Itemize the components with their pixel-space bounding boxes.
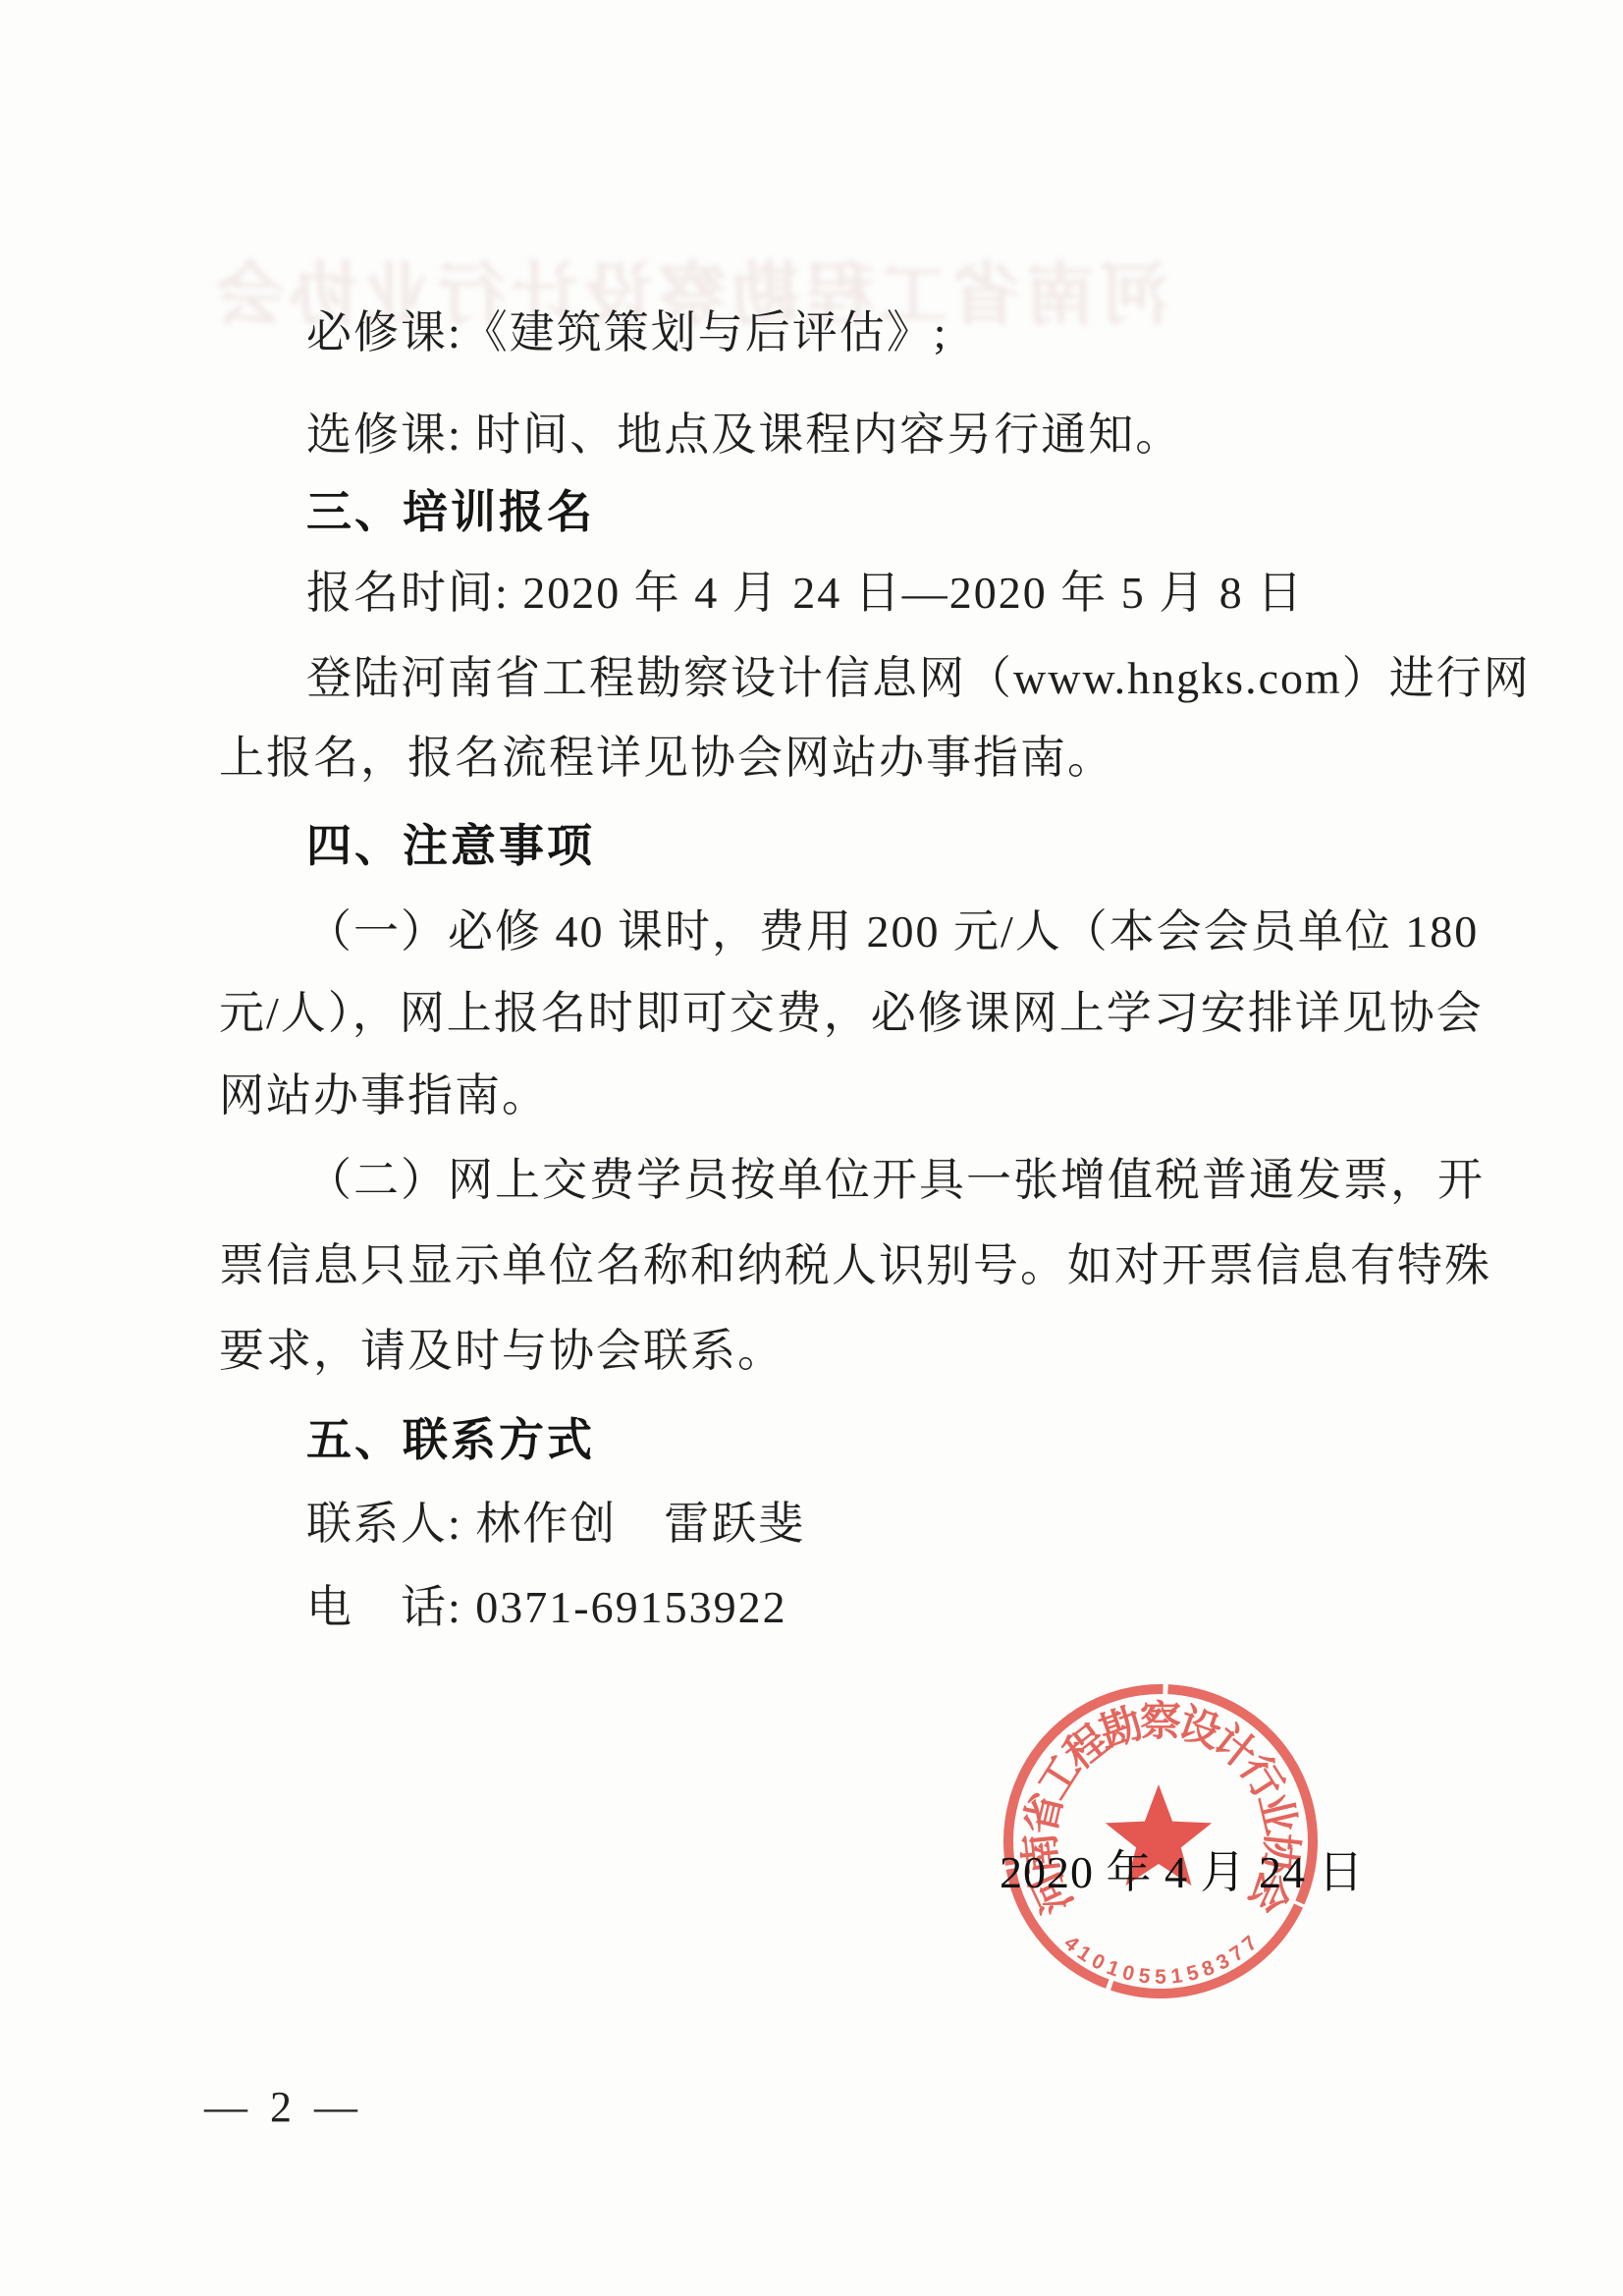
section-heading: 三、培训报名 <box>219 486 1404 538</box>
document-line: 票信息只显示单位名称和纳税人识别号。如对开票信息有特殊 <box>219 1239 1404 1291</box>
document-line: 元/人），网上报名时即可交费，必修课网上学习安排详见协会 <box>219 987 1404 1039</box>
document-line: 选修课: 时间、地点及课程内容另行通知。 <box>219 409 1404 461</box>
document-line: 网站办事指南。 <box>219 1069 1404 1121</box>
seal-number-char: 5 <box>1184 1961 1201 1986</box>
document-line: 电 话: 0371-69153922 <box>219 1581 1404 1633</box>
document-line: （一）必修 40 课时，费用 200 元/人（本会会员单位 180 <box>219 905 1404 957</box>
seal-number-char: 1 <box>1104 1956 1122 1982</box>
seal-number-char: 1 <box>1169 1964 1184 1988</box>
section-heading: 五、联系方式 <box>219 1414 1404 1466</box>
document-page: 河南省工程勘察设计行业协会 必修课:《建筑策划与后评估》; 选修课: 时间、地点… <box>0 0 1623 2296</box>
document-line: 要求，请及时与协会联系。 <box>219 1325 1404 1377</box>
document-line: 报名时间: 2020 年 4 月 24 日—2020 年 5 月 8 日 <box>219 567 1404 619</box>
document-line: 上报名，报名流程详见协会网站办事指南。 <box>219 732 1404 784</box>
date-text: 2020 年 4 月 24 日 <box>1000 1836 1365 1901</box>
page-number: — 2 — <box>204 2082 363 2132</box>
seal-number-char: 5 <box>1137 1964 1152 1988</box>
seal-number-char: 5 <box>1155 1966 1166 1989</box>
document-line: 登陆河南省工程勘察设计信息网（www.hngks.com）进行网 <box>219 652 1404 704</box>
document-line: 必修课:《建筑策划与后评估》; <box>219 306 1404 358</box>
document-line: （二）网上交费学员按单位开具一张增值税普通发票，开 <box>219 1154 1404 1206</box>
seal-number-char: 0 <box>1120 1961 1137 1986</box>
document-line: 联系人: 林作创 雷跃斐 <box>219 1498 1404 1550</box>
section-heading: 四、注意事项 <box>219 820 1404 872</box>
